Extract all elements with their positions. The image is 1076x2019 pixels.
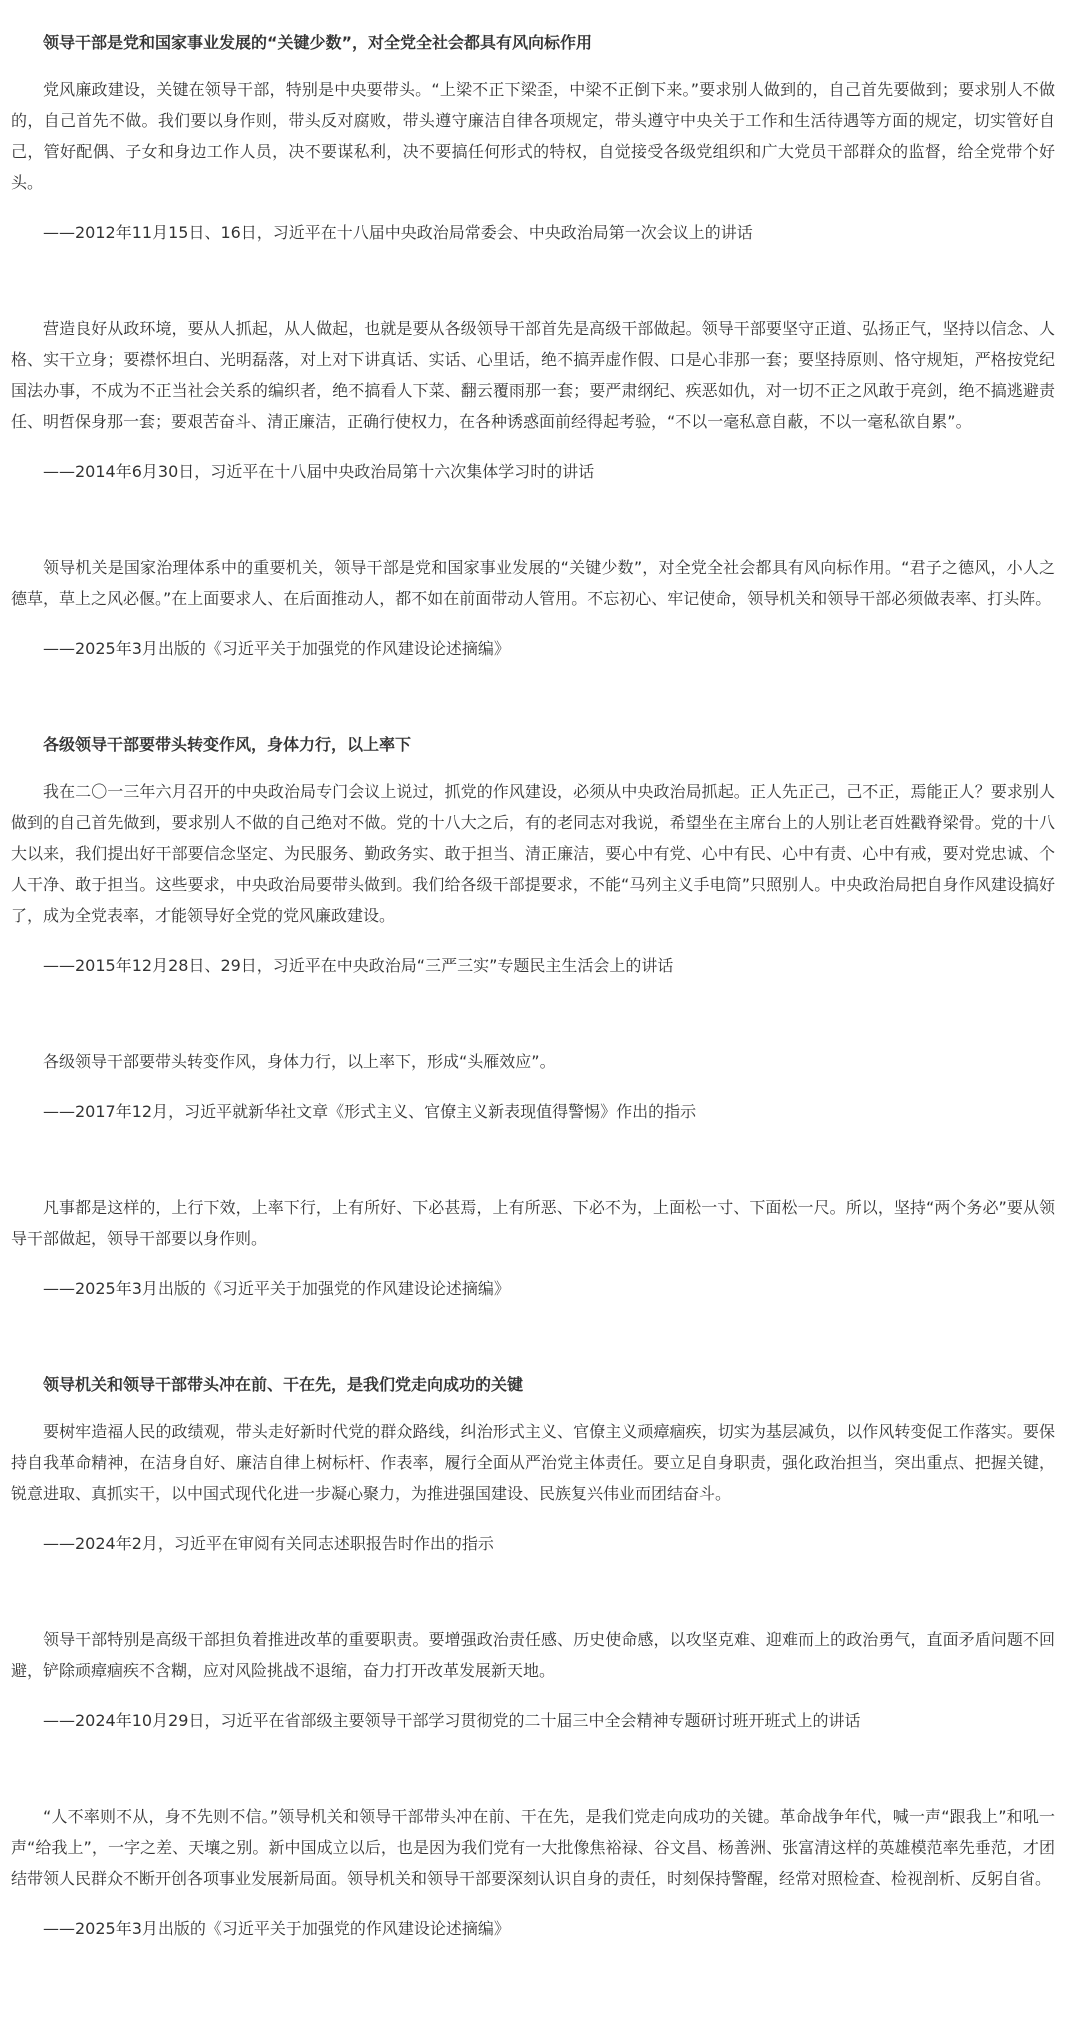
quote-paragraph: 我在二〇一三年六月召开的中央政治局专门会议上说过，抓党的作风建设，必须从中央政治… <box>11 776 1055 931</box>
topic-section-1: 领导干部是党和国家事业发展的“关键少数”，对全党全社会都具有风向标作用 党风廉政… <box>11 27 1055 664</box>
section-2-heading: 各级领导干部要带头转变作风，身体力行，以上率下 <box>11 729 1055 760</box>
topic-section-2: 各级领导干部要带头转变作风，身体力行，以上率下 我在二〇一三年六月召开的中央政治… <box>11 729 1055 1304</box>
quote-paragraph: 领导干部特别是高级干部担负着推进改革的重要职责。要增强政治责任感、历史使命感，以… <box>11 1624 1055 1686</box>
source-attribution: ——2024年10月29日，习近平在省部级主要领导干部学习贯彻党的二十届三中全会… <box>11 1705 1055 1736</box>
quote-paragraph: 各级领导干部要带头转变作风，身体力行，以上率下，形成“头雁效应”。 <box>11 1046 1055 1077</box>
section-1-heading: 领导干部是党和国家事业发展的“关键少数”，对全党全社会都具有风向标作用 <box>11 27 1055 58</box>
source-attribution: ——2025年3月出版的《习近平关于加强党的作风建设论述摘编》 <box>11 1913 1055 1944</box>
source-attribution: ——2015年12月28日、29日，习近平在中央政治局“三严三实”专题民主生活会… <box>11 950 1055 981</box>
topic-section-3: 领导机关和领导干部带头冲在前、干在先，是我们党走向成功的关键 要树牢造福人民的政… <box>11 1369 1055 1944</box>
source-attribution: ——2014年6月30日，习近平在十八届中央政治局第十六次集体学习时的讲话 <box>11 456 1055 487</box>
source-attribution: ——2017年12月，习近平就新华社文章《形式主义、官僚主义新表现值得警惕》作出… <box>11 1096 1055 1127</box>
source-attribution: ——2012年11月15日、16日，习近平在十八届中央政治局常委会、中央政治局第… <box>11 217 1055 248</box>
article-body: 领导干部是党和国家事业发展的“关键少数”，对全党全社会都具有风向标作用 党风廉政… <box>0 0 1076 1954</box>
quote-paragraph: 营造良好从政环境，要从人抓起，从人做起，也就是要从各级领导干部首先是高级干部做起… <box>11 313 1055 437</box>
section-3-heading: 领导机关和领导干部带头冲在前、干在先，是我们党走向成功的关键 <box>11 1369 1055 1400</box>
source-attribution: ——2024年2月，习近平在审阅有关同志述职报告时作出的指示 <box>11 1528 1055 1559</box>
quote-paragraph: 党风廉政建设，关键在领导干部，特别是中央要带头。“上梁不正下梁歪，中梁不正倒下来… <box>11 74 1055 198</box>
source-attribution: ——2025年3月出版的《习近平关于加强党的作风建设论述摘编》 <box>11 633 1055 664</box>
source-attribution: ——2025年3月出版的《习近平关于加强党的作风建设论述摘编》 <box>11 1273 1055 1304</box>
quote-paragraph: 凡事都是这样的，上行下效，上率下行，上有所好、下必甚焉，上有所恶、下必不为，上面… <box>11 1192 1055 1254</box>
quote-paragraph: 领导机关是国家治理体系中的重要机关，领导干部是党和国家事业发展的“关键少数”，对… <box>11 552 1055 614</box>
quote-paragraph: 要树牢造福人民的政绩观，带头走好新时代党的群众路线，纠治形式主义、官僚主义顽瘴痼… <box>11 1416 1055 1509</box>
quote-paragraph: “人不率则不从，身不先则不信。”领导机关和领导干部带头冲在前、干在先，是我们党走… <box>11 1801 1055 1894</box>
